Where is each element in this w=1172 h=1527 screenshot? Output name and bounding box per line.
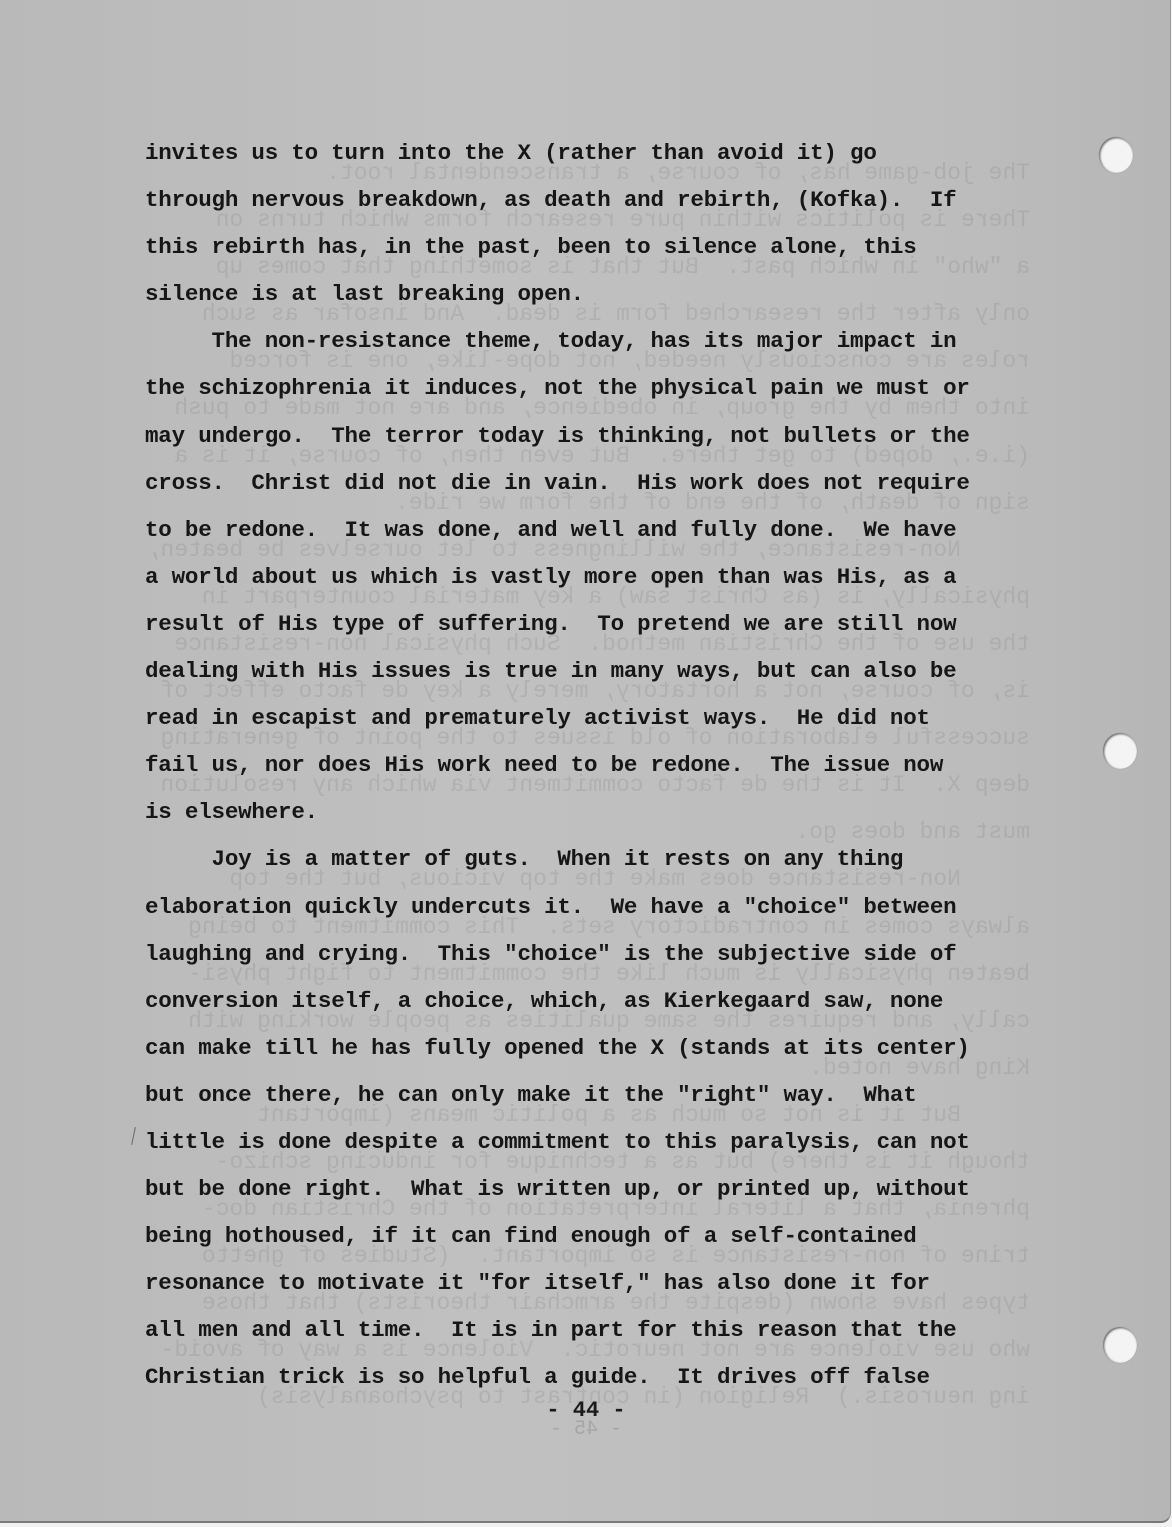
text-line: but once there, he can only make it the … — [145, 1072, 1025, 1119]
text-line: read in escapist and prematurely activis… — [145, 695, 1025, 742]
text-line: result of His type of suffering. To pret… — [145, 601, 1025, 648]
margin-pencil-mark — [131, 1127, 136, 1145]
text-line: silence is at last breaking open. — [145, 271, 1025, 318]
text-line: Joy is a matter of guts. When it rests o… — [145, 836, 1025, 883]
page-number: - 44 - — [0, 1398, 1172, 1423]
text-line: fail us, nor does His work need to be re… — [145, 742, 1025, 789]
text-line: can make till he has fully opened the X … — [145, 1025, 1025, 1072]
text-line: Christian trick is so helpful a guide. I… — [145, 1354, 1025, 1401]
text-line: elaboration quickly undercuts it. We hav… — [145, 884, 1025, 931]
text-line: dealing with His issues is true in many … — [145, 648, 1025, 695]
text-line: is elsewhere. — [145, 789, 1025, 836]
text-line: a world about us which is vastly more op… — [145, 554, 1025, 601]
text-line: the schizophrenia it induces, not the ph… — [145, 365, 1025, 412]
text-line: laughing and crying. This "choice" is th… — [145, 931, 1025, 978]
text-line: conversion itself, a choice, which, as K… — [145, 978, 1025, 1025]
text-line: to be redone. It was done, and well and … — [145, 507, 1025, 554]
text-line: being hothoused, if it can find enough o… — [145, 1213, 1025, 1260]
punch-hole-middle — [1103, 733, 1137, 769]
text-line: resonance to motivate it "for itself," h… — [145, 1260, 1025, 1307]
punch-hole-top — [1099, 137, 1133, 173]
text-line: this rebirth has, in the past, been to s… — [145, 224, 1025, 271]
text-line: The non-resistance theme, today, has its… — [145, 318, 1025, 365]
text-line: little is done despite a commitment to t… — [145, 1119, 1025, 1166]
text-line: all men and all time. It is in part for … — [145, 1307, 1025, 1354]
punch-hole-bottom — [1103, 1327, 1137, 1363]
text-line: cross. Christ did not die in vain. His w… — [145, 460, 1025, 507]
document-page: The job-game has, of course, a transcend… — [0, 0, 1171, 1523]
text-line: but be done right. What is written up, o… — [145, 1166, 1025, 1213]
text-line: may undergo. The terror today is thinkin… — [145, 413, 1025, 460]
text-line: invites us to turn into the X (rather th… — [145, 130, 1025, 177]
typed-text-body: invites us to turn into the X (rather th… — [145, 130, 1025, 1402]
text-line: through nervous breakdown, as death and … — [145, 177, 1025, 224]
